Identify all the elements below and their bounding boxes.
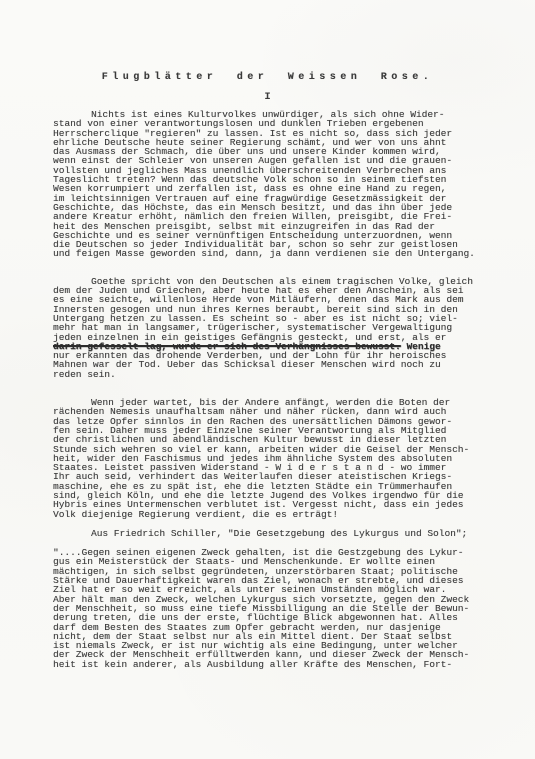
- paragraph-goethe: Goethe spricht von den Deutschen als ein…: [53, 277, 501, 379]
- paragraph-goethe-text-pre: Goethe spricht von den Deutschen als ein…: [53, 276, 473, 343]
- paragraph-widerstand: Wenn jeder wartet, bis der Andere anfäng…: [53, 398, 501, 519]
- paragraph-schiller-quote: "....Gegen seinen eigenen Zweck gehalten…: [53, 548, 501, 669]
- document-page: Flugblätter der Weissen Rose. I Nichts i…: [0, 0, 535, 759]
- leaflet-body: Nichts ist eines Kulturvolkes unwürdiger…: [53, 110, 501, 669]
- paragraph-goethe-text-post: nur erkannten das drohende Verderben, un…: [53, 350, 446, 380]
- paragraph-intro: Nichts ist eines Kulturvolkes unwürdiger…: [53, 110, 501, 259]
- leaflet-title: Flugblätter der Weissen Rose.: [0, 72, 535, 83]
- schiller-attribution: Aus Friedrich Schiller, "Die Gesetzgebun…: [53, 529, 501, 538]
- section-numeral: I: [0, 91, 535, 103]
